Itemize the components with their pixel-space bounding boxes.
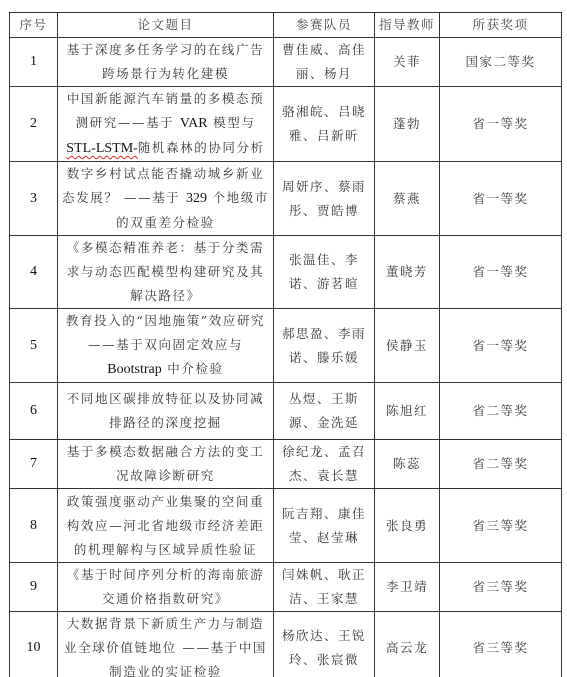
table-row: 6 不同地区碳排放特征以及协同减排路径的深度挖掘 丛煜、王斯源、金洗延 陈旭红 … xyxy=(10,383,562,440)
title-latin: 329 xyxy=(186,191,207,206)
title-text: 模型与 xyxy=(208,115,256,130)
team-members: 张温佳、李诺、游茗暄 xyxy=(274,236,375,309)
advisor: 关菲 xyxy=(375,38,440,87)
header-award: 所获奖项 xyxy=(440,13,562,38)
header-title: 论文题目 xyxy=(58,13,274,38)
header-row: 序号 论文题目 参赛队员 指导教师 所获奖项 xyxy=(10,13,562,38)
award: 省一等奖 xyxy=(440,162,562,236)
header-members: 参赛队员 xyxy=(274,13,375,38)
advisor: 侯静玉 xyxy=(375,309,440,383)
award: 国家二等奖 xyxy=(440,38,562,87)
header-no: 序号 xyxy=(10,13,58,38)
team-members: 骆湘皖、吕晓雅、吕新昕 xyxy=(274,87,375,162)
awards-table: 序号 论文题目 参赛队员 指导教师 所获奖项 1 基于深度多任务学习的在线广告跨… xyxy=(9,12,562,677)
advisor: 高云龙 xyxy=(375,612,440,677)
paper-title: 《多模态精准养老：基于分类需求与动态匹配模型构建研究及其解决路径》 xyxy=(58,236,274,309)
table-row: 8 政策强度驱动产业集聚的空间重构效应—河北省地级市经济差距的机理解构与区域异质… xyxy=(10,489,562,563)
header-advisor: 指导教师 xyxy=(375,13,440,38)
table-row: 5 教育投入的“因地施策”效应研究 ——基于双向固定效应与 Bootstrap … xyxy=(10,309,562,383)
award: 省一等奖 xyxy=(440,87,562,162)
paper-title: 数字乡村试点能否撬动城乡新业态发展？ ——基于 329 个地级市的双重差分检验 xyxy=(58,162,274,236)
row-no: 5 xyxy=(10,309,58,383)
advisor: 陈蕊 xyxy=(375,440,440,489)
team-members: 杨欣达、王锐玲、张宸微 xyxy=(274,612,375,677)
title-latin: VAR xyxy=(180,116,208,131)
team-members: 周妍序、蔡雨彤、贾皓博 xyxy=(274,162,375,236)
table-row: 7 基于多模态数据融合方法的变工况故障诊断研究 徐纪龙、孟召杰、袁长慧 陈蕊 省… xyxy=(10,440,562,489)
award: 省二等奖 xyxy=(440,383,562,440)
award: 省一等奖 xyxy=(440,309,562,383)
row-no: 9 xyxy=(10,563,58,612)
table-row: 4 《多模态精准养老：基于分类需求与动态匹配模型构建研究及其解决路径》 张温佳、… xyxy=(10,236,562,309)
award: 省三等奖 xyxy=(440,563,562,612)
title-latin: Bootstrap xyxy=(107,362,161,377)
team-members: 曹佳威、高佳丽、杨月 xyxy=(274,38,375,87)
title-text: 中介检验 xyxy=(162,361,224,376)
award: 省三等奖 xyxy=(440,612,562,677)
paper-title: 《基于时间序列分析的海南旅游交通价格指数研究》 xyxy=(58,563,274,612)
advisor: 李卫靖 xyxy=(375,563,440,612)
award: 省一等奖 xyxy=(440,236,562,309)
team-members: 闫姝帆、耿正洁、王家慧 xyxy=(274,563,375,612)
paper-title: 不同地区碳排放特征以及协同减排路径的深度挖掘 xyxy=(58,383,274,440)
award: 省二等奖 xyxy=(440,440,562,489)
award: 省三等奖 xyxy=(440,489,562,563)
paper-title: 教育投入的“因地施策”效应研究 ——基于双向固定效应与 Bootstrap 中介… xyxy=(58,309,274,383)
paper-title: 政策强度驱动产业集聚的空间重构效应—河北省地级市经济差距的机理解构与区域异质性验… xyxy=(58,489,274,563)
table-row: 3 数字乡村试点能否撬动城乡新业态发展？ ——基于 329 个地级市的双重差分检… xyxy=(10,162,562,236)
advisor: 张良勇 xyxy=(375,489,440,563)
advisor: 董晓芳 xyxy=(375,236,440,309)
row-no: 4 xyxy=(10,236,58,309)
team-members: 丛煜、王斯源、金洗延 xyxy=(274,383,375,440)
table-row: 10 大数据背景下新质生产力与制造业全球价值链地位 ——基于中国制造业的实证检验… xyxy=(10,612,562,677)
team-members: 徐纪龙、孟召杰、袁长慧 xyxy=(274,440,375,489)
team-members: 阮吉翔、康佳莹、赵莹琳 xyxy=(274,489,375,563)
row-no: 10 xyxy=(10,612,58,677)
table-row: 2 中国新能源汽车销量的多模态预测研究——基于 VAR 模型与STL-LSTM-… xyxy=(10,87,562,162)
paper-title: 大数据背景下新质生产力与制造业全球价值链地位 ——基于中国制造业的实证检验 xyxy=(58,612,274,677)
row-no: 1 xyxy=(10,38,58,87)
row-no: 3 xyxy=(10,162,58,236)
title-text: 随机森林的协同分析 xyxy=(138,140,265,155)
row-no: 8 xyxy=(10,489,58,563)
row-no: 6 xyxy=(10,383,58,440)
title-text: 教育投入的“因地施策”效应研究 ——基于双向固定效应与 xyxy=(66,313,265,352)
advisor: 蓬勃 xyxy=(375,87,440,162)
team-members: 郝思盈、李雨诺、滕乐媛 xyxy=(274,309,375,383)
advisor: 蔡燕 xyxy=(375,162,440,236)
row-no: 7 xyxy=(10,440,58,489)
paper-title: 中国新能源汽车销量的多模态预测研究——基于 VAR 模型与STL-LSTM-随机… xyxy=(58,87,274,162)
title-latin-spellcheck: STL-LSTM- xyxy=(66,141,138,156)
row-no: 2 xyxy=(10,87,58,162)
table-row: 9 《基于时间序列分析的海南旅游交通价格指数研究》 闫姝帆、耿正洁、王家慧 李卫… xyxy=(10,563,562,612)
advisor: 陈旭红 xyxy=(375,383,440,440)
table-row: 1 基于深度多任务学习的在线广告跨场景行为转化建模 曹佳威、高佳丽、杨月 关菲 … xyxy=(10,38,562,87)
paper-title: 基于多模态数据融合方法的变工况故障诊断研究 xyxy=(58,440,274,489)
paper-title: 基于深度多任务学习的在线广告跨场景行为转化建模 xyxy=(58,38,274,87)
